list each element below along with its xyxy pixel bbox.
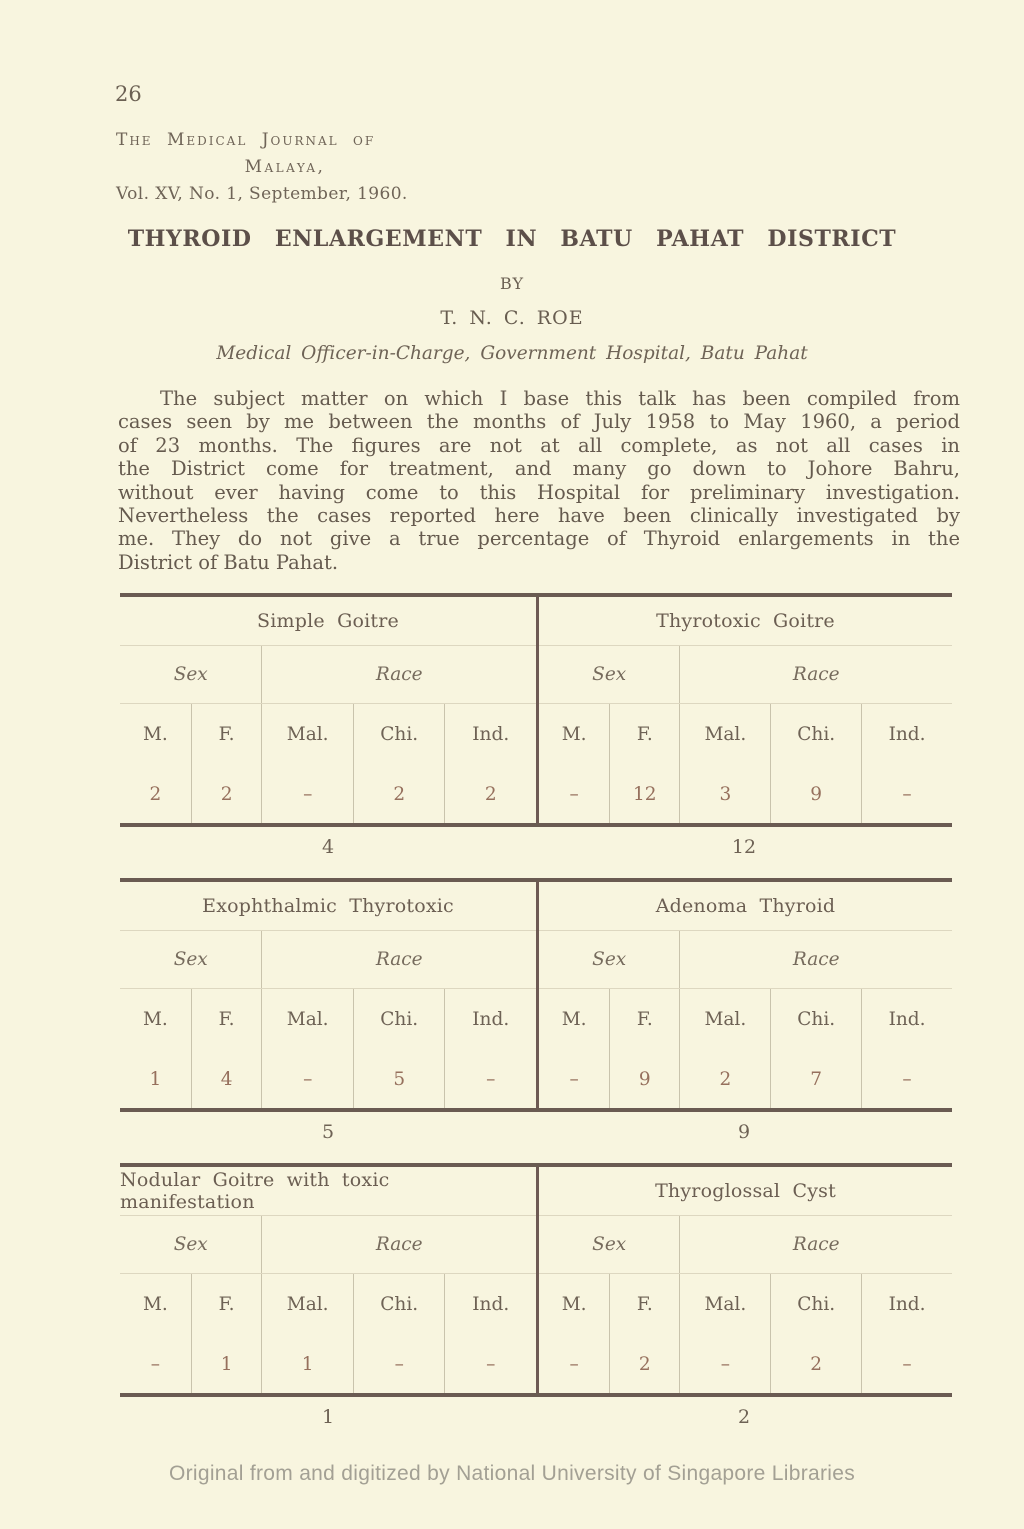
race-group-label: Race — [679, 646, 952, 703]
race-group-label: Race — [261, 931, 536, 988]
data-value: – — [539, 1050, 609, 1108]
table-nodular-thyroglossal: Nodular Goitre with toxic manifestation … — [120, 1163, 952, 1448]
paragraph-line: The subject matter on which I base this … — [118, 387, 960, 410]
table-half-left: Simple Goitre Sex Race M. F. Mal. Chi. I… — [120, 597, 536, 823]
author-name: T. N. C. ROE — [0, 307, 1024, 329]
col-header-indian: Ind. — [444, 704, 536, 765]
col-header-chinese: Chi. — [770, 1274, 861, 1335]
data-value: – — [539, 765, 609, 823]
data-value: 1 — [120, 1050, 191, 1108]
col-header-malay: Mal. — [261, 1274, 353, 1335]
race-group-label: Race — [679, 931, 952, 988]
paragraph-line: Nevertheless the cases reported here hav… — [118, 504, 960, 527]
data-value: – — [444, 1335, 536, 1393]
paragraph-line: of 23 months. The figures are not at all… — [118, 434, 960, 457]
data-value: 4 — [191, 1050, 262, 1108]
paragraph-line: District of Batu Pahat. — [118, 551, 960, 574]
journal-header: The Medical Journal of Malaya, Vol. XV, … — [116, 127, 454, 208]
data-value: 1 — [261, 1335, 353, 1393]
paragraph-line: the District come for treatment, and man… — [118, 457, 960, 480]
paragraph-line: cases seen by me between the months of J… — [118, 410, 960, 433]
table-title: Adenoma Thyroid — [539, 882, 952, 930]
data-value: 12 — [609, 765, 679, 823]
article-title: THYROID ENLARGEMENT IN BATU PAHAT DISTRI… — [0, 226, 1024, 252]
data-value: 5 — [353, 1050, 445, 1108]
total-left: 5 — [120, 1112, 536, 1163]
table-half-right: Thyrotoxic Goitre Sex Race M. F. Mal. Ch… — [536, 597, 952, 823]
data-value: – — [444, 1050, 536, 1108]
scanned-journal-page: 26 The Medical Journal of Malaya, Vol. X… — [0, 0, 1024, 1529]
page-number: 26 — [115, 82, 142, 106]
table-half-right: Adenoma Thyroid Sex Race M. F. Mal. Chi.… — [536, 882, 952, 1108]
col-header-chinese: Chi. — [353, 989, 445, 1050]
data-value: 9 — [609, 1050, 679, 1108]
col-header-male: M. — [539, 1274, 609, 1335]
race-group-label: Race — [679, 1216, 952, 1273]
col-header-male: M. — [539, 989, 609, 1050]
col-header-male: M. — [120, 1274, 191, 1335]
col-header-female: F. — [191, 989, 262, 1050]
col-header-malay: Mal. — [261, 704, 353, 765]
table-title: Thyroglossal Cyst — [539, 1167, 952, 1215]
table-half-left: Exophthalmic Thyrotoxic Sex Race M. F. M… — [120, 882, 536, 1108]
col-header-chinese: Chi. — [770, 704, 861, 765]
col-header-malay: Mal. — [679, 989, 770, 1050]
table-title: Nodular Goitre with toxic manifestation — [120, 1167, 536, 1215]
data-value: 2 — [353, 765, 445, 823]
journal-name-line2: Malaya, — [116, 154, 454, 181]
table-title: Exophthalmic Thyrotoxic — [120, 882, 536, 930]
data-value: 9 — [770, 765, 861, 823]
table-simple-thyrotoxic-goitre: Simple Goitre Sex Race M. F. Mal. Chi. I… — [120, 593, 952, 878]
data-value: 2 — [191, 765, 262, 823]
col-header-indian: Ind. — [861, 1274, 952, 1335]
sex-group-label: Sex — [539, 931, 679, 988]
sex-group-label: Sex — [120, 1216, 261, 1273]
data-value: – — [120, 1335, 191, 1393]
race-group-label: Race — [261, 1216, 536, 1273]
table-title: Thyrotoxic Goitre — [539, 597, 952, 645]
data-value: 7 — [770, 1050, 861, 1108]
table-exophthalmic-adenoma: Exophthalmic Thyrotoxic Sex Race M. F. M… — [120, 878, 952, 1163]
data-value: – — [353, 1335, 445, 1393]
col-header-female: F. — [191, 704, 262, 765]
col-header-female: F. — [609, 704, 679, 765]
race-group-label: Race — [261, 646, 536, 703]
statistics-tables: Simple Goitre Sex Race M. F. Mal. Chi. I… — [120, 593, 952, 1448]
data-value: 2 — [120, 765, 191, 823]
data-value: – — [861, 1050, 952, 1108]
digitization-footer: Original from and digitized by National … — [0, 1462, 1024, 1486]
data-value: – — [861, 765, 952, 823]
data-value: 2 — [770, 1335, 861, 1393]
data-value: 2 — [444, 765, 536, 823]
total-right: 9 — [536, 1112, 952, 1163]
col-header-chinese: Chi. — [353, 1274, 445, 1335]
col-header-indian: Ind. — [861, 704, 952, 765]
col-header-female: F. — [609, 989, 679, 1050]
sex-group-label: Sex — [120, 931, 261, 988]
total-right: 2 — [536, 1397, 952, 1448]
col-header-indian: Ind. — [444, 1274, 536, 1335]
data-value: 1 — [191, 1335, 262, 1393]
author-affiliation: Medical Officer-in-Charge, Government Ho… — [0, 343, 1024, 364]
col-header-male: M. — [120, 704, 191, 765]
paragraph-line: me. They do not give a true percentage o… — [118, 527, 960, 550]
col-header-female: F. — [191, 1274, 262, 1335]
col-header-male: M. — [120, 989, 191, 1050]
data-value: 2 — [679, 1050, 770, 1108]
data-value: – — [539, 1335, 609, 1393]
table-title: Simple Goitre — [120, 597, 536, 645]
data-value: – — [861, 1335, 952, 1393]
article-paragraph: The subject matter on which I base this … — [118, 387, 960, 574]
col-header-indian: Ind. — [861, 989, 952, 1050]
table-half-left: Nodular Goitre with toxic manifestation … — [120, 1167, 536, 1393]
total-left: 1 — [120, 1397, 536, 1448]
data-value: – — [261, 765, 353, 823]
col-header-chinese: Chi. — [353, 704, 445, 765]
paragraph-line: without ever having come to this Hospita… — [118, 481, 960, 504]
byline: BY — [0, 274, 1024, 293]
col-header-malay: Mal. — [679, 1274, 770, 1335]
data-value: 2 — [609, 1335, 679, 1393]
data-value: 3 — [679, 765, 770, 823]
sex-group-label: Sex — [539, 1216, 679, 1273]
journal-name-line1: The Medical Journal of — [116, 127, 454, 154]
data-value: – — [261, 1050, 353, 1108]
data-value: – — [679, 1335, 770, 1393]
sex-group-label: Sex — [539, 646, 679, 703]
journal-volume-line: Vol. XV, No. 1, September, 1960. — [116, 181, 454, 208]
col-header-indian: Ind. — [444, 989, 536, 1050]
col-header-male: M. — [539, 704, 609, 765]
col-header-malay: Mal. — [261, 989, 353, 1050]
col-header-chinese: Chi. — [770, 989, 861, 1050]
col-header-female: F. — [609, 1274, 679, 1335]
col-header-malay: Mal. — [679, 704, 770, 765]
sex-group-label: Sex — [120, 646, 261, 703]
table-half-right: Thyroglossal Cyst Sex Race M. F. Mal. Ch… — [536, 1167, 952, 1393]
total-right: 12 — [536, 827, 952, 878]
total-left: 4 — [120, 827, 536, 878]
